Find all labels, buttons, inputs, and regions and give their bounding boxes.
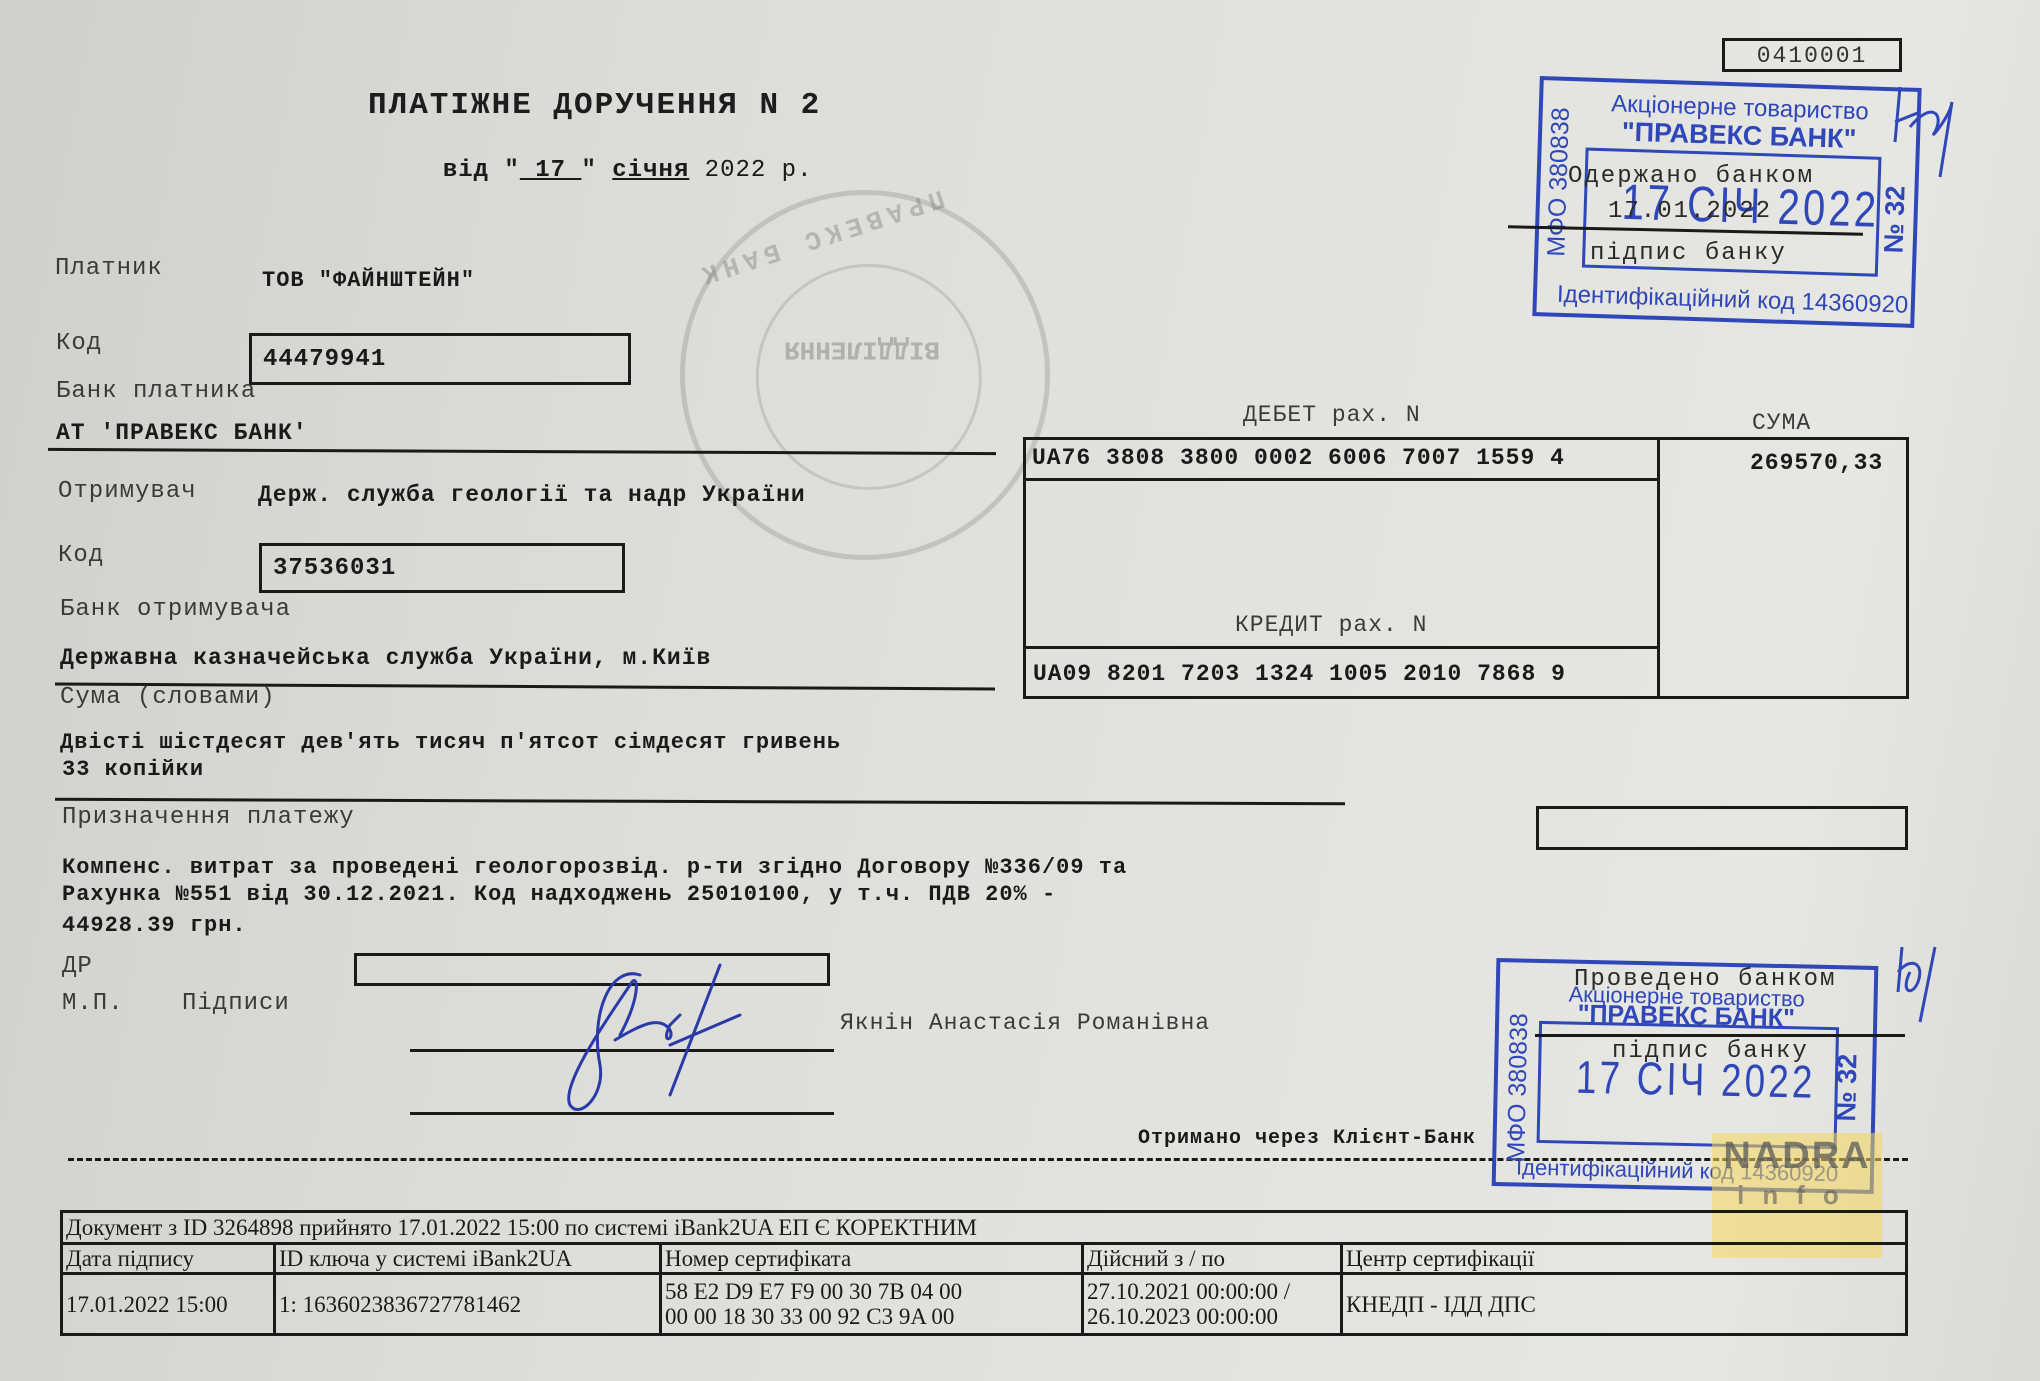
sign-date: 17.01.2022 15:00 [62, 1274, 275, 1335]
form-code: 0410001 [1725, 43, 1899, 69]
signatures-label: Підписи [182, 990, 290, 1017]
debit-label: ДЕБЕТ рах. N [1243, 402, 1421, 428]
esign-header-row: Дата підпису ID ключа у системі iBank2UA… [62, 1244, 1907, 1274]
bank-officer-initials [1890, 82, 1960, 182]
purpose-label: Призначення платежу [62, 804, 355, 831]
recipient-bank: Державна казначейська служба України, м.… [60, 645, 711, 671]
received-overlay-sign: підпис банку [1590, 240, 1787, 267]
dr-label: ДР [62, 953, 93, 980]
processed-overlay-title: Проведено банком [1574, 966, 1836, 993]
key-id: 1: 1636023836727781462 [275, 1274, 661, 1335]
received-overlay-title: Одержано банком [1568, 163, 1814, 190]
sum-label: СУМА [1752, 410, 1811, 436]
payer-code: 44479941 [263, 346, 386, 373]
debit-account-cell: UA76 3808 3800 0002 6006 7007 1559 4 [1023, 437, 1660, 481]
debit-account: UA76 3808 3800 0002 6006 7007 1559 4 [1032, 445, 1565, 471]
esign-table: Документ з ID 3264898 прийнято 17.01.202… [60, 1210, 1908, 1336]
payer-label: Платник [55, 255, 163, 282]
credit-account-cell: UA09 8201 7203 1324 1005 2010 7868 9 [1023, 646, 1660, 699]
valid-period: 27.10.2021 00:00:00 / 26.10.2023 00:00:0… [1083, 1274, 1342, 1335]
watermark-sub: info [1712, 1180, 1882, 1211]
header-valid: Дійсний з / по [1083, 1244, 1342, 1274]
payer-bank: АТ 'ПРАВЕКС БАНК' [56, 420, 308, 446]
recipient-name: Держ. служба геології та надр України [258, 482, 806, 508]
cert-number: 58 E2 D9 E7 F9 00 30 7B 04 00 00 00 18 3… [661, 1274, 1083, 1335]
recipient-label: Отримувач [58, 478, 197, 505]
amount-words-line1: Двісті шістдесят дев'ять тисяч п'ятсот с… [60, 730, 841, 755]
payer-name: ТОВ "ФАЙНШТЕЙН" [262, 268, 475, 293]
recipient-code-box: 37536031 [259, 543, 625, 593]
esign-summary-row: Документ з ID 3264898 прийнято 17.01.202… [62, 1212, 1907, 1244]
esign-summary: Документ з ID 3264898 прийнято 17.01.202… [62, 1212, 1907, 1244]
document-title: ПЛАТІЖНЕ ДОРУЧЕННЯ N 2 [368, 88, 821, 123]
purpose-line2: Рахунка №551 від 30.12.2021. Код надходж… [62, 882, 1056, 907]
received-via: Отримано через Клієнт-Банк [1138, 1127, 1476, 1150]
credit-account: UA09 8201 7203 1324 1005 2010 7868 9 [1033, 661, 1566, 687]
document-date: від " 17 " січня 2022 р. [412, 130, 812, 184]
payer-bank-label: Банк платника [56, 378, 256, 405]
header-sign-date: Дата підпису [62, 1244, 275, 1274]
cert-authority: КНЕДП - ІДД ДПС [1342, 1274, 1907, 1335]
header-cert-number: Номер сертифіката [661, 1244, 1083, 1274]
recipient-bank-label: Банк отримувача [60, 596, 291, 623]
signer-name: Якнін Анастасія Романівна [840, 1010, 1210, 1036]
recipient-code: 37536031 [273, 555, 396, 582]
received-overlay-date: 17.01.2022 [1608, 198, 1772, 225]
table-row: 17.01.2022 15:00 1: 1636023836727781462 … [62, 1274, 1907, 1335]
empty-field-box [1536, 806, 1908, 850]
strike-line [1535, 1034, 1905, 1037]
amount-words-label: Сума (словами) [60, 684, 276, 711]
recipient-code-label: Код [58, 542, 104, 569]
processed-overlay-sign: підпис банку [1612, 1038, 1809, 1065]
header-key-id: ID ключа у системі iBank2UA [275, 1244, 661, 1274]
handwritten-signature [520, 955, 780, 1125]
form-code-box: 0410001 [1722, 38, 1902, 72]
watermark-brand: NADRA [1712, 1135, 1882, 1178]
payer-code-label: Код [56, 330, 102, 357]
payer-code-box: 44479941 [249, 333, 631, 385]
purpose-line3: 44928.39 грн. [62, 913, 247, 938]
header-ca: Центр сертифікації [1342, 1244, 1907, 1274]
mp-label: М.П. [62, 990, 124, 1017]
payment-sum: 269570,33 [1750, 450, 1883, 476]
credit-label: КРЕДИТ рах. N [1235, 612, 1427, 638]
amount-words-line2: 33 копійки [62, 757, 204, 782]
bank-officer-initials [1890, 942, 1950, 1032]
purpose-line1: Компенс. витрат за проведені геологорозв… [62, 855, 1127, 880]
